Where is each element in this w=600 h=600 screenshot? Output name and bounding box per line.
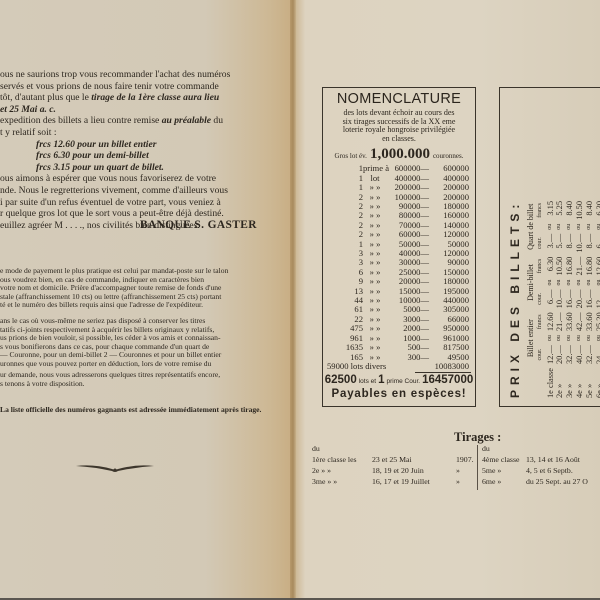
nomenclature-title: NOMENCLATURE bbox=[323, 91, 475, 107]
text-line: uronnes que vous pouvez porter en déduct… bbox=[0, 360, 262, 369]
signature: BANQUE S. GASTER bbox=[140, 219, 257, 231]
footnote: La liste officielle des numéros gagnants… bbox=[0, 405, 262, 414]
text-line: ous aimons à espérer que vous nous favor… bbox=[0, 173, 262, 185]
prize-table: 1prime à600000—6000001lot400000—4000001»… bbox=[323, 164, 475, 362]
nomenclature-box: NOMENCLATURE des lots devant échoir au c… bbox=[322, 87, 476, 407]
intro-paragraph: ous ne saurions trop vous recommander l'… bbox=[0, 69, 262, 231]
price-line: frcs 6.30 pour un demi-billet bbox=[0, 150, 262, 162]
draw-date-row: 5me »4, 5 et 6 Septb. bbox=[482, 465, 588, 476]
draw-date-row: 4ème classe13, 14 et 16 Août bbox=[482, 454, 588, 465]
text-line: votre nom et domicile. Prière d'accompag… bbox=[0, 284, 262, 293]
tirages-divider bbox=[477, 445, 478, 490]
grand-total: 62500 lots et 1 prime Cour. 16457000 bbox=[323, 374, 475, 386]
payment-paragraph: e mode de payement le plus pratique est … bbox=[0, 267, 262, 310]
gros-lot: Gros lot év. 1,000.000 couronnes. bbox=[323, 146, 475, 163]
text-line: nde. Nous le regretterions vivement, com… bbox=[0, 185, 262, 197]
page-fold bbox=[290, 0, 296, 598]
ornament-flourish-icon bbox=[74, 461, 156, 475]
text-line: ans le cas où vous-même ne seriez pas di… bbox=[0, 317, 262, 326]
text-line: — Couronne, pour un demi-billet 2 — Cour… bbox=[0, 351, 262, 360]
text-line: ur demande, nous vous adresserons quelqu… bbox=[0, 371, 262, 380]
text-line: té et le numéro des billets requis ainsi… bbox=[0, 301, 262, 310]
text-line: i par suite d'un refus éventuel de votre… bbox=[0, 197, 262, 209]
text-line: ous voudrez bien, en cas de commande, in… bbox=[0, 276, 262, 285]
ticket-price-row: 6e »24.—ou25.2012.—ou12.606.—ou6.30 bbox=[595, 199, 600, 400]
payable-note: Payables en espèces! bbox=[323, 388, 475, 400]
ticket-price-title: PRIX DES BILLETS: bbox=[508, 98, 522, 398]
ticket-price-row: 5e »32.—ou33.6016.—ou16.808.—ou8.40 bbox=[585, 199, 595, 400]
price-line: frcs 3.15 pour un quart de billet. bbox=[0, 162, 262, 174]
text-line: stale (affranchissement 10 cts) ou lettr… bbox=[0, 293, 262, 302]
text-line: tatifs ci-joints respectivement à acquér… bbox=[0, 326, 262, 335]
ticket-price-box: PRIX DES BILLETS: Billet entier Demi-bil… bbox=[499, 87, 600, 407]
text-line: r quelque gros lot que le sort vous a pe… bbox=[0, 208, 262, 220]
ticket-price-row: 1e classe12.—ou12.606.—ou6.303.—ou3.15 bbox=[546, 199, 556, 400]
text-line: s vous bonifierons dans ce cas, pour cha… bbox=[0, 343, 262, 352]
tirages-left: du 1ère classe les23 et 25 Mai1907.2e » … bbox=[312, 443, 476, 487]
draw-date-row: 3me » »16, 17 et 19 Juillet» bbox=[312, 476, 476, 487]
text-line: e mode de payement le plus pratique est … bbox=[0, 267, 262, 276]
draw-date-row: 1ère classe les23 et 25 Mai1907. bbox=[312, 454, 476, 465]
text-line: et 25 Mai a. c. bbox=[0, 104, 262, 116]
text-line: us prions de bien vouloir, si possible, … bbox=[0, 334, 262, 343]
draw-date-row: 6me »du 25 Sept. au 27 O bbox=[482, 476, 588, 487]
ticket-price-row: 4e »40.—ou42.—20.—ou21.—10.—ou10.50 bbox=[575, 199, 585, 400]
bonus-paragraph: ans le cas où vous-même ne seriez pas di… bbox=[0, 317, 262, 369]
text-line: s tenons à votre disposition. bbox=[0, 380, 262, 389]
draw-date-row: 2e » »18, 19 et 20 Juin» bbox=[312, 465, 476, 476]
price-line: frcs 12.60 pour un billet entier bbox=[0, 139, 262, 151]
text-line: t y relatif soit : bbox=[0, 127, 262, 139]
total-rule bbox=[415, 372, 471, 373]
text-line: servés et vous prions de nous faire teni… bbox=[0, 81, 262, 93]
ticket-price-row: 2e »20.—ou21.—10.—ou10.505.—ou5.25 bbox=[555, 199, 565, 400]
request-paragraph: ur demande, nous vous adresserons quelqu… bbox=[0, 371, 262, 388]
nomenclature-subtitle: des lots devant échoir au cours des six … bbox=[323, 109, 475, 143]
ticket-price-table: Billet entier Demi-billet Quart de bille… bbox=[526, 199, 600, 400]
ticket-price-row: 3e »32.—ou33.6016.—ou16.808.—ou8.40 bbox=[565, 199, 575, 400]
text-line: ous ne saurions trop vous recommander l'… bbox=[0, 69, 262, 81]
prize-row-divers: 59000 lots divers 10083000 bbox=[323, 362, 475, 371]
ticket-price-rotated: PRIX DES BILLETS: Billet entier Demi-bil… bbox=[500, 88, 600, 406]
tirages-right: du 4ème classe13, 14 et 16 Août5me »4, 5… bbox=[482, 443, 588, 487]
text-line: tôt, d'autant plus que le tirage de la 1… bbox=[0, 92, 262, 104]
text-line: expedition des billets a lieu contre rem… bbox=[0, 115, 262, 127]
